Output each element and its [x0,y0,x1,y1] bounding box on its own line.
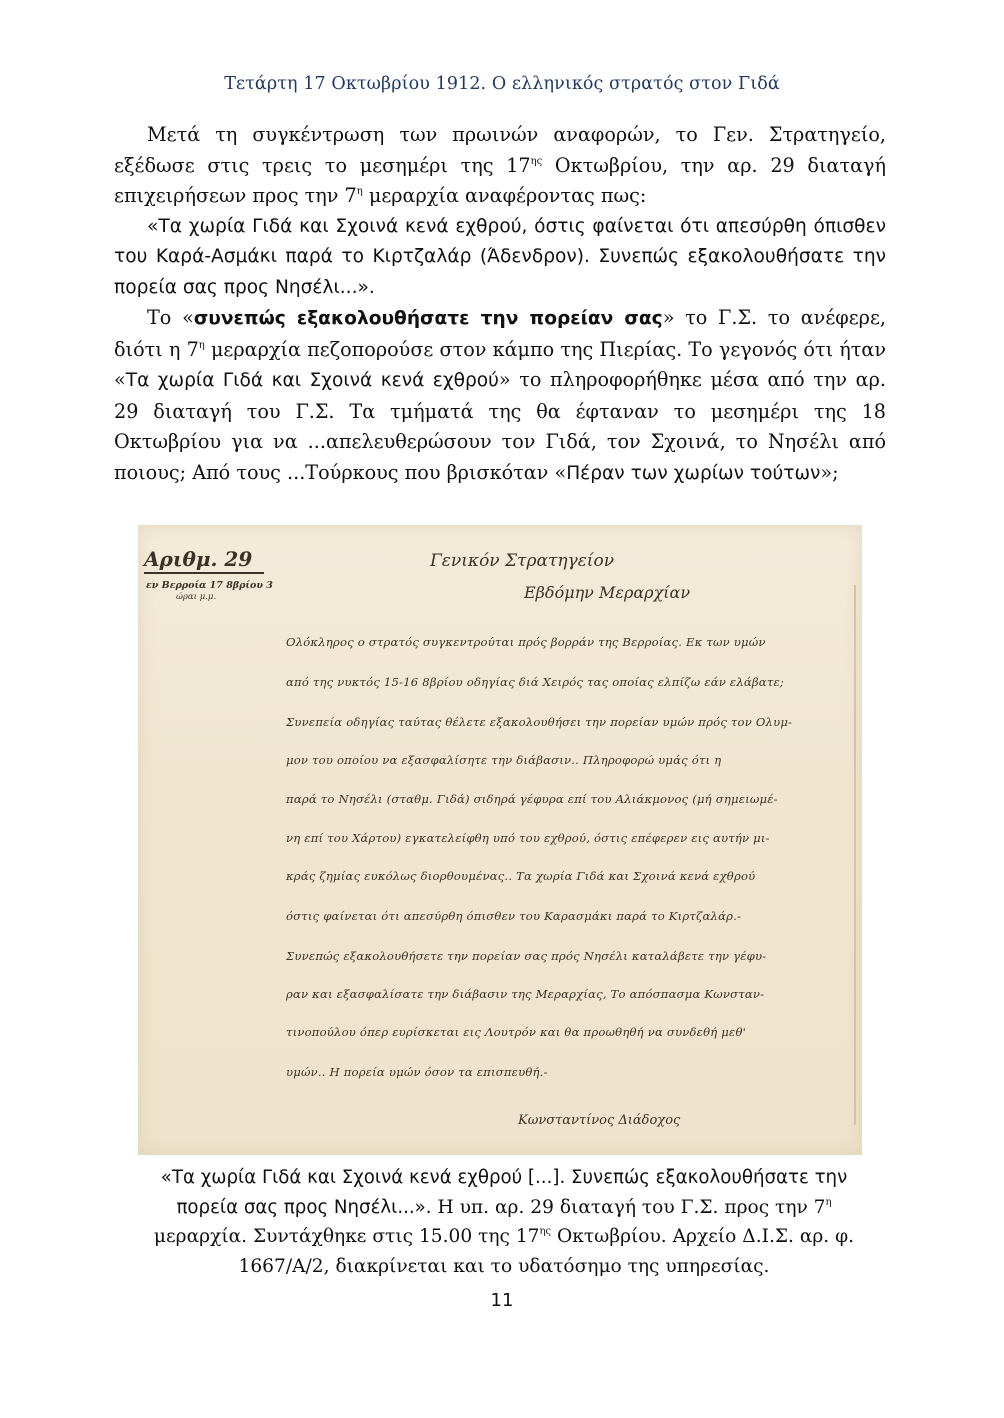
handwritten-line: όστις φαίνεται ότι απεσύρθη όπισθεν του … [286,909,741,923]
handwritten-line: Ολόκληρος ο στρατός συγκεντρούται πρός β… [286,635,766,649]
text-span: μεραρχία αναφέροντας πως: [363,184,647,207]
body-text: Μετά τη συγκέντρωση των πρωινών αναφορών… [114,120,886,489]
page-number: 11 [0,1290,1004,1311]
quoted-phrase: Πέραν των χωρίων τούτων [566,463,820,484]
document-page: Τετάρτη 17 Οκτωβρίου 1912. Ο ελληνικός σ… [0,0,1004,1418]
text-span: Το « [147,306,194,329]
handwritten-line: κράς ζημίας ευκόλως διορθουμένας.. Τα χω… [286,869,755,883]
historical-document-image: Αριθμ. 29 εν Βερροία 17 8βρίου 3 ώραι μ.… [138,525,862,1155]
document-signature: Κωνσταντίνος Διάδοχος [518,1113,680,1128]
handwritten-line: τινοπούλου όπερ ευρίσκεται εις Λουτρόν κ… [286,1025,746,1039]
handwritten-line: Συνεπώς εξακολουθήσετε την πορείαν σας π… [286,949,766,963]
paper-edge [854,585,856,1125]
quoted-phrase: Τα χωρία Γιδά και Σχοινά κενά εχθρού [126,370,499,391]
paragraph-2-quote: «Τα χωρία Γιδά και Σχοινά κενά εχθρού, ό… [114,212,886,304]
handwritten-line: υμών.. Η πορεία υμών όσον τα επισπευθή.- [286,1065,548,1079]
document-time: ώραι μ.μ. [176,592,216,602]
handwritten-line: Συνεπεία οδηγίας ταύτας θέλετε εξακολουθ… [286,715,792,729]
handwritten-line: νη επί του Χάρτου) εγκατελείφθη υπό του … [286,831,770,845]
text-span: »; [820,461,838,484]
superscript: ης [531,156,543,167]
figure-caption: «Τα χωρία Γιδά και Σχοινά κενά εχθρού [.… [134,1163,874,1281]
paragraph-1: Μετά τη συγκέντρωση των πρωινών αναφορών… [114,120,886,212]
document-place-date: εν Βερροία 17 8βρίου 3 [146,580,273,591]
text-span: μεραρχία. Συντάχθηκε στις 15.00 της 17 [154,1226,540,1247]
handwritten-line: παρά το Νησέλι (σταθμ. Γιδά) σιδηρά γέφυ… [286,792,778,806]
text-span: Η υπ. αρ. 29 διαταγή του Γ.Σ. προς την 7 [432,1197,826,1218]
document-reference-number: Αριθμ. 29 [144,547,264,574]
paragraph-3: Το «συνεπώς εξακολουθήσατε την πορείαν σ… [114,303,886,489]
handwritten-line: από της νυκτός 15-16 8βρίου οδηγίας διά … [286,675,784,689]
superscript: ης [540,1226,552,1237]
document-sender: Γενικόν Στρατηγείον [430,551,614,571]
superscript: η [826,1197,832,1208]
document-addressee: Εβδόμην Μεραρχίαν [524,583,690,602]
running-head: Τετάρτη 17 Οκτωβρίου 1912. Ο ελληνικός σ… [0,74,1004,94]
handwritten-line: μον του οποίου να εξασφαλίσητε την διάβα… [286,753,721,767]
bold-phrase: συνεπώς εξακολουθήσατε την πορείαν σας [194,308,663,329]
handwritten-line: ραν και εξασφαλίσατε την διάβασιν της Με… [286,987,764,1001]
